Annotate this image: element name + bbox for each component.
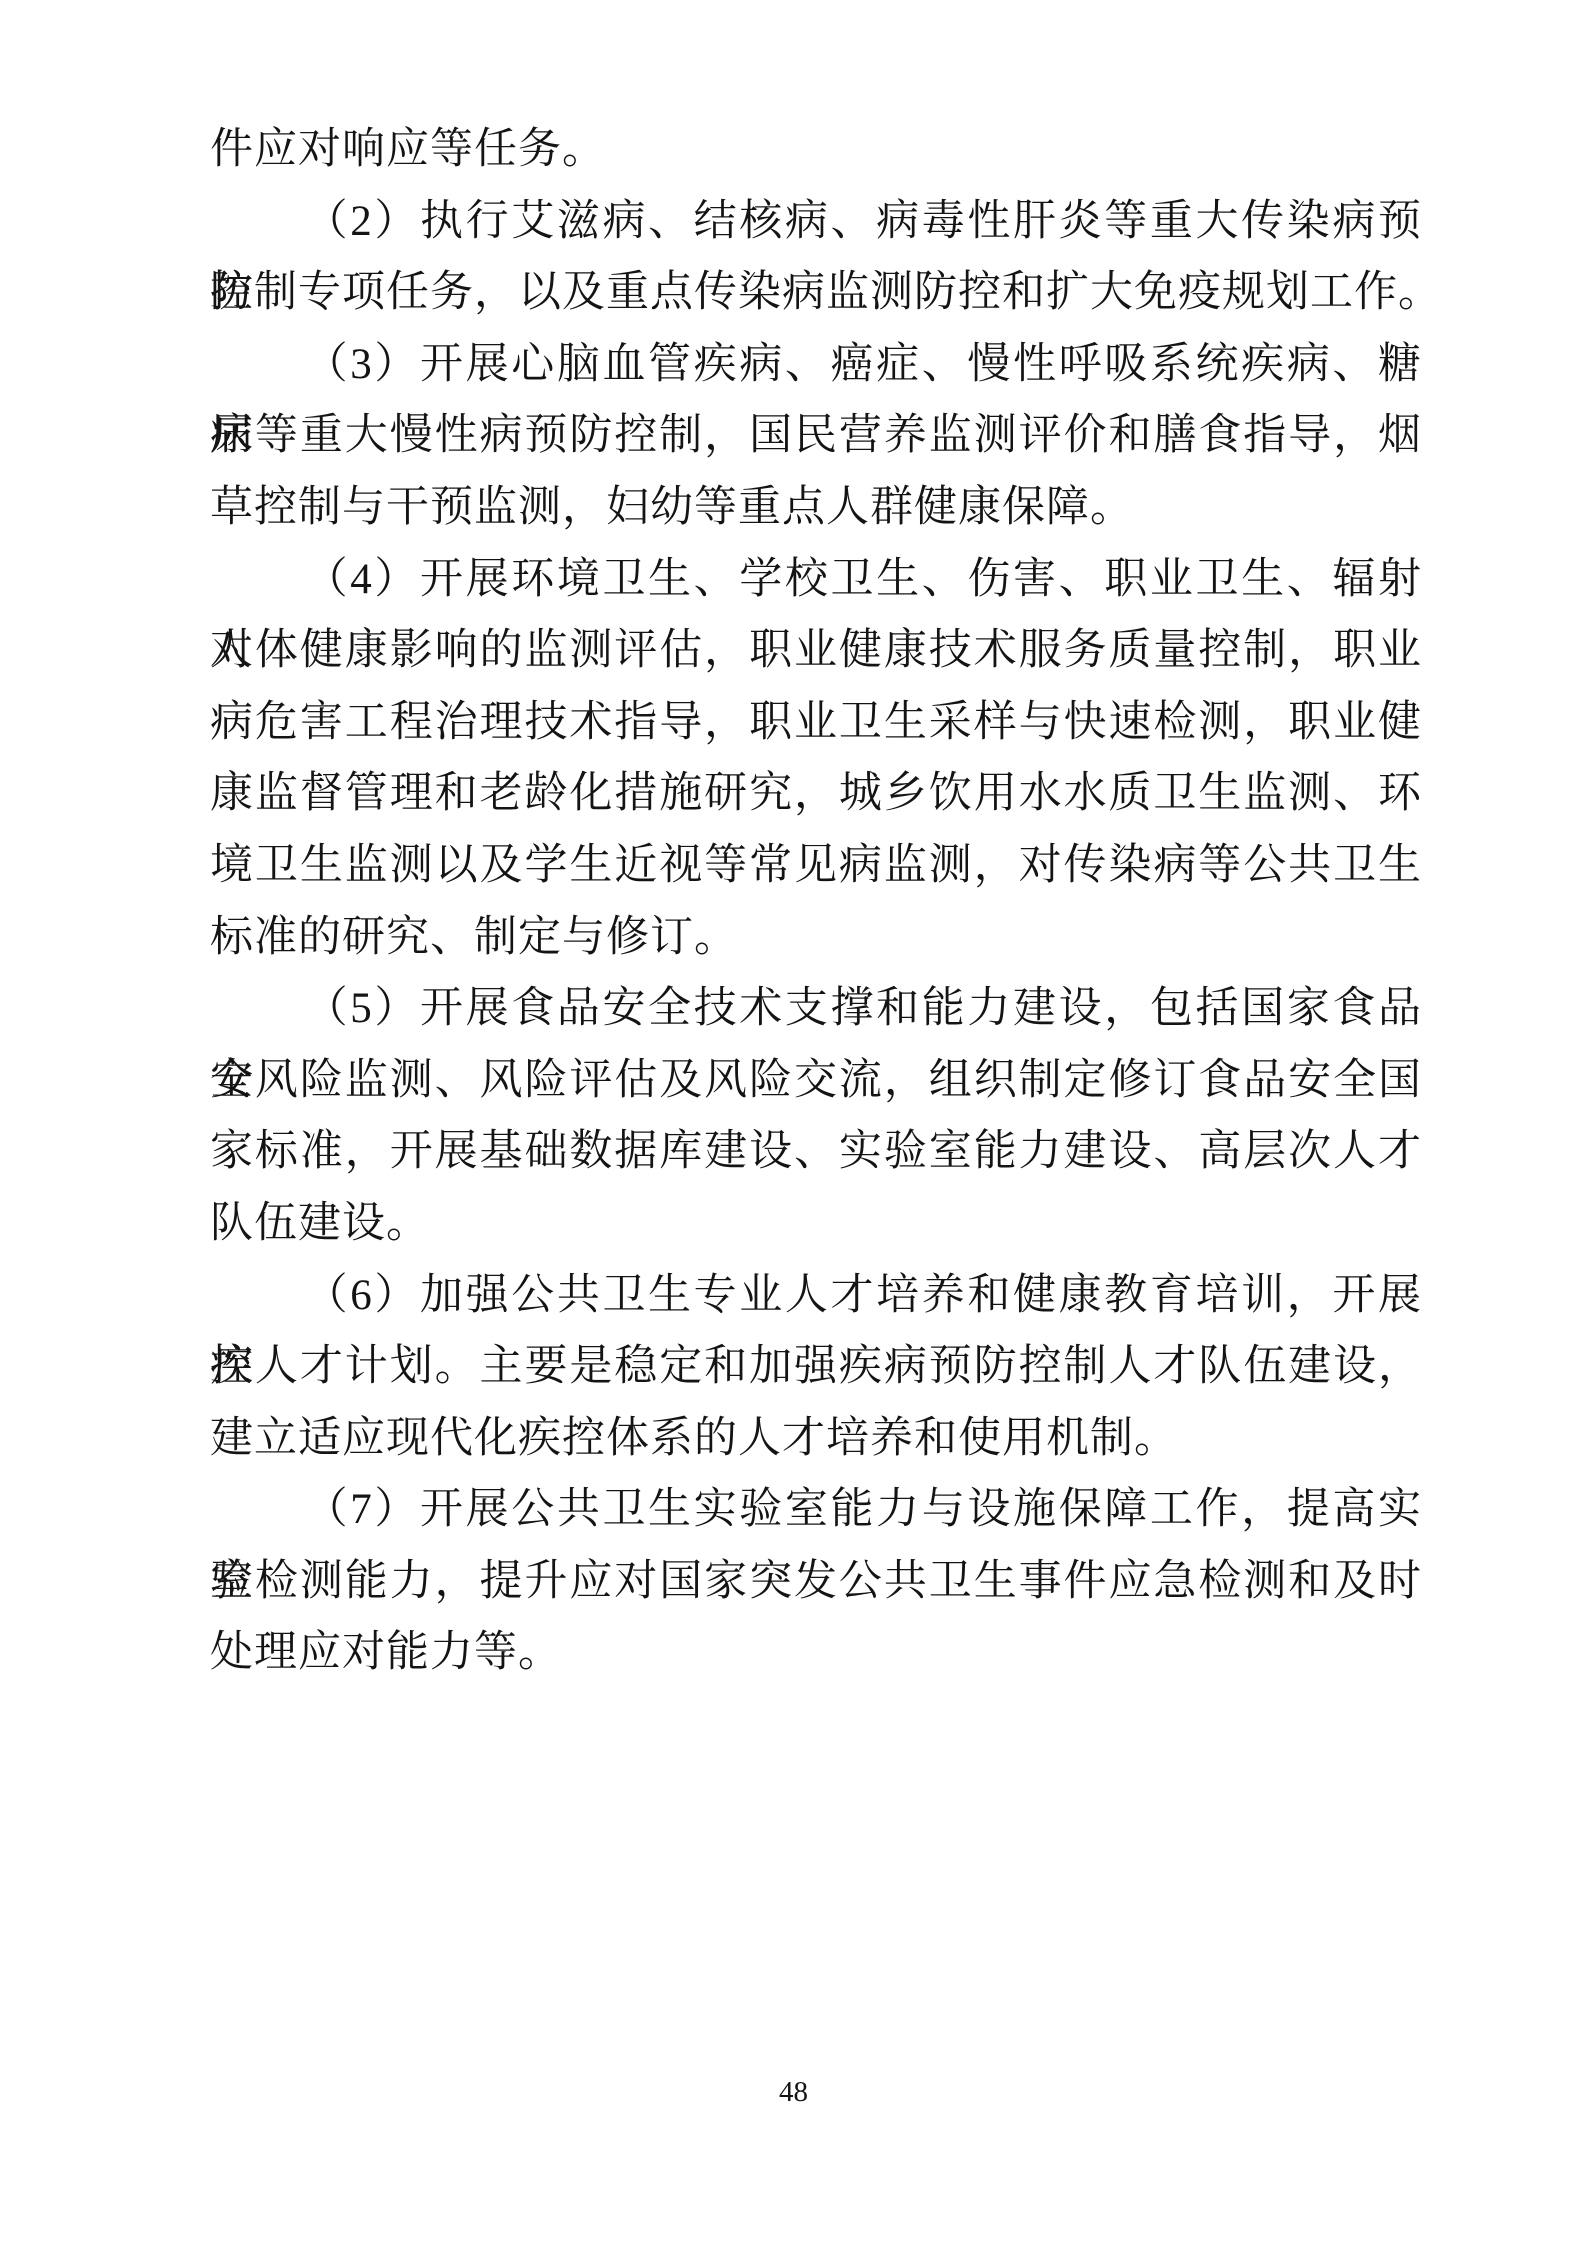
document-page: 件应对响应等任务。（2）执行艾滋病、结核病、病毒性肝炎等重大传染病预防控制专项任…	[0, 0, 1587, 2245]
text-line: 全风险监测、风险评估及风险交流，组织制定修订食品安全国	[210, 1045, 1422, 1117]
text-line: （5）开展食品安全技术支撑和能力建设，包括国家食品安	[210, 973, 1422, 1045]
text-line: （6）加强公共卫生专业人才培养和健康教育培训，开展疾	[210, 1260, 1422, 1332]
text-line: 控制专项任务，以及重点传染病监测防控和扩大免疫规划工作。	[210, 257, 1422, 329]
text-line: 室检测能力，提升应对国家突发公共卫生事件应急检测和及时	[210, 1546, 1422, 1618]
text-line: 队伍建设。	[210, 1188, 1422, 1260]
text-line: 病危害工程治理技术指导，职业卫生采样与快速检测，职业健	[210, 687, 1422, 759]
text-line: 建立适应现代化疾控体系的人才培养和使用机制。	[210, 1403, 1422, 1475]
text-line: 草控制与干预监测，妇幼等重点人群健康保障。	[210, 472, 1422, 544]
text-line: （4）开展环境卫生、学校卫生、伤害、职业卫生、辐射对	[210, 544, 1422, 616]
text-line: （3）开展心脑血管疾病、癌症、慢性呼吸系统疾病、糖尿	[210, 329, 1422, 401]
text-line: 康监督管理和老龄化措施研究，城乡饮用水水质卫生监测、环	[210, 758, 1422, 830]
text-line: （2）执行艾滋病、结核病、病毒性肝炎等重大传染病预防	[210, 186, 1422, 258]
text-line: 人体健康影响的监测评估，职业健康技术服务质量控制，职业	[210, 615, 1422, 687]
text-line: 境卫生监测以及学生近视等常见病监测，对传染病等公共卫生	[210, 830, 1422, 902]
text-line: 控人才计划。主要是稳定和加强疾病预防控制人才队伍建设，	[210, 1331, 1422, 1403]
text-line: 标准的研究、制定与修订。	[210, 902, 1422, 974]
text-line: 件应对响应等任务。	[210, 114, 1422, 186]
text-line: 家标准，开展基础数据库建设、实验室能力建设、高层次人才	[210, 1116, 1422, 1188]
text-line: 病等重大慢性病预防控制，国民营养监测评价和膳食指导，烟	[210, 400, 1422, 472]
text-line: （7）开展公共卫生实验室能力与设施保障工作，提高实验	[210, 1474, 1422, 1546]
text-line: 处理应对能力等。	[210, 1617, 1422, 1689]
page-text: 件应对响应等任务。（2）执行艾滋病、结核病、病毒性肝炎等重大传染病预防控制专项任…	[210, 114, 1422, 1689]
page-number: 48	[0, 2072, 1587, 2112]
